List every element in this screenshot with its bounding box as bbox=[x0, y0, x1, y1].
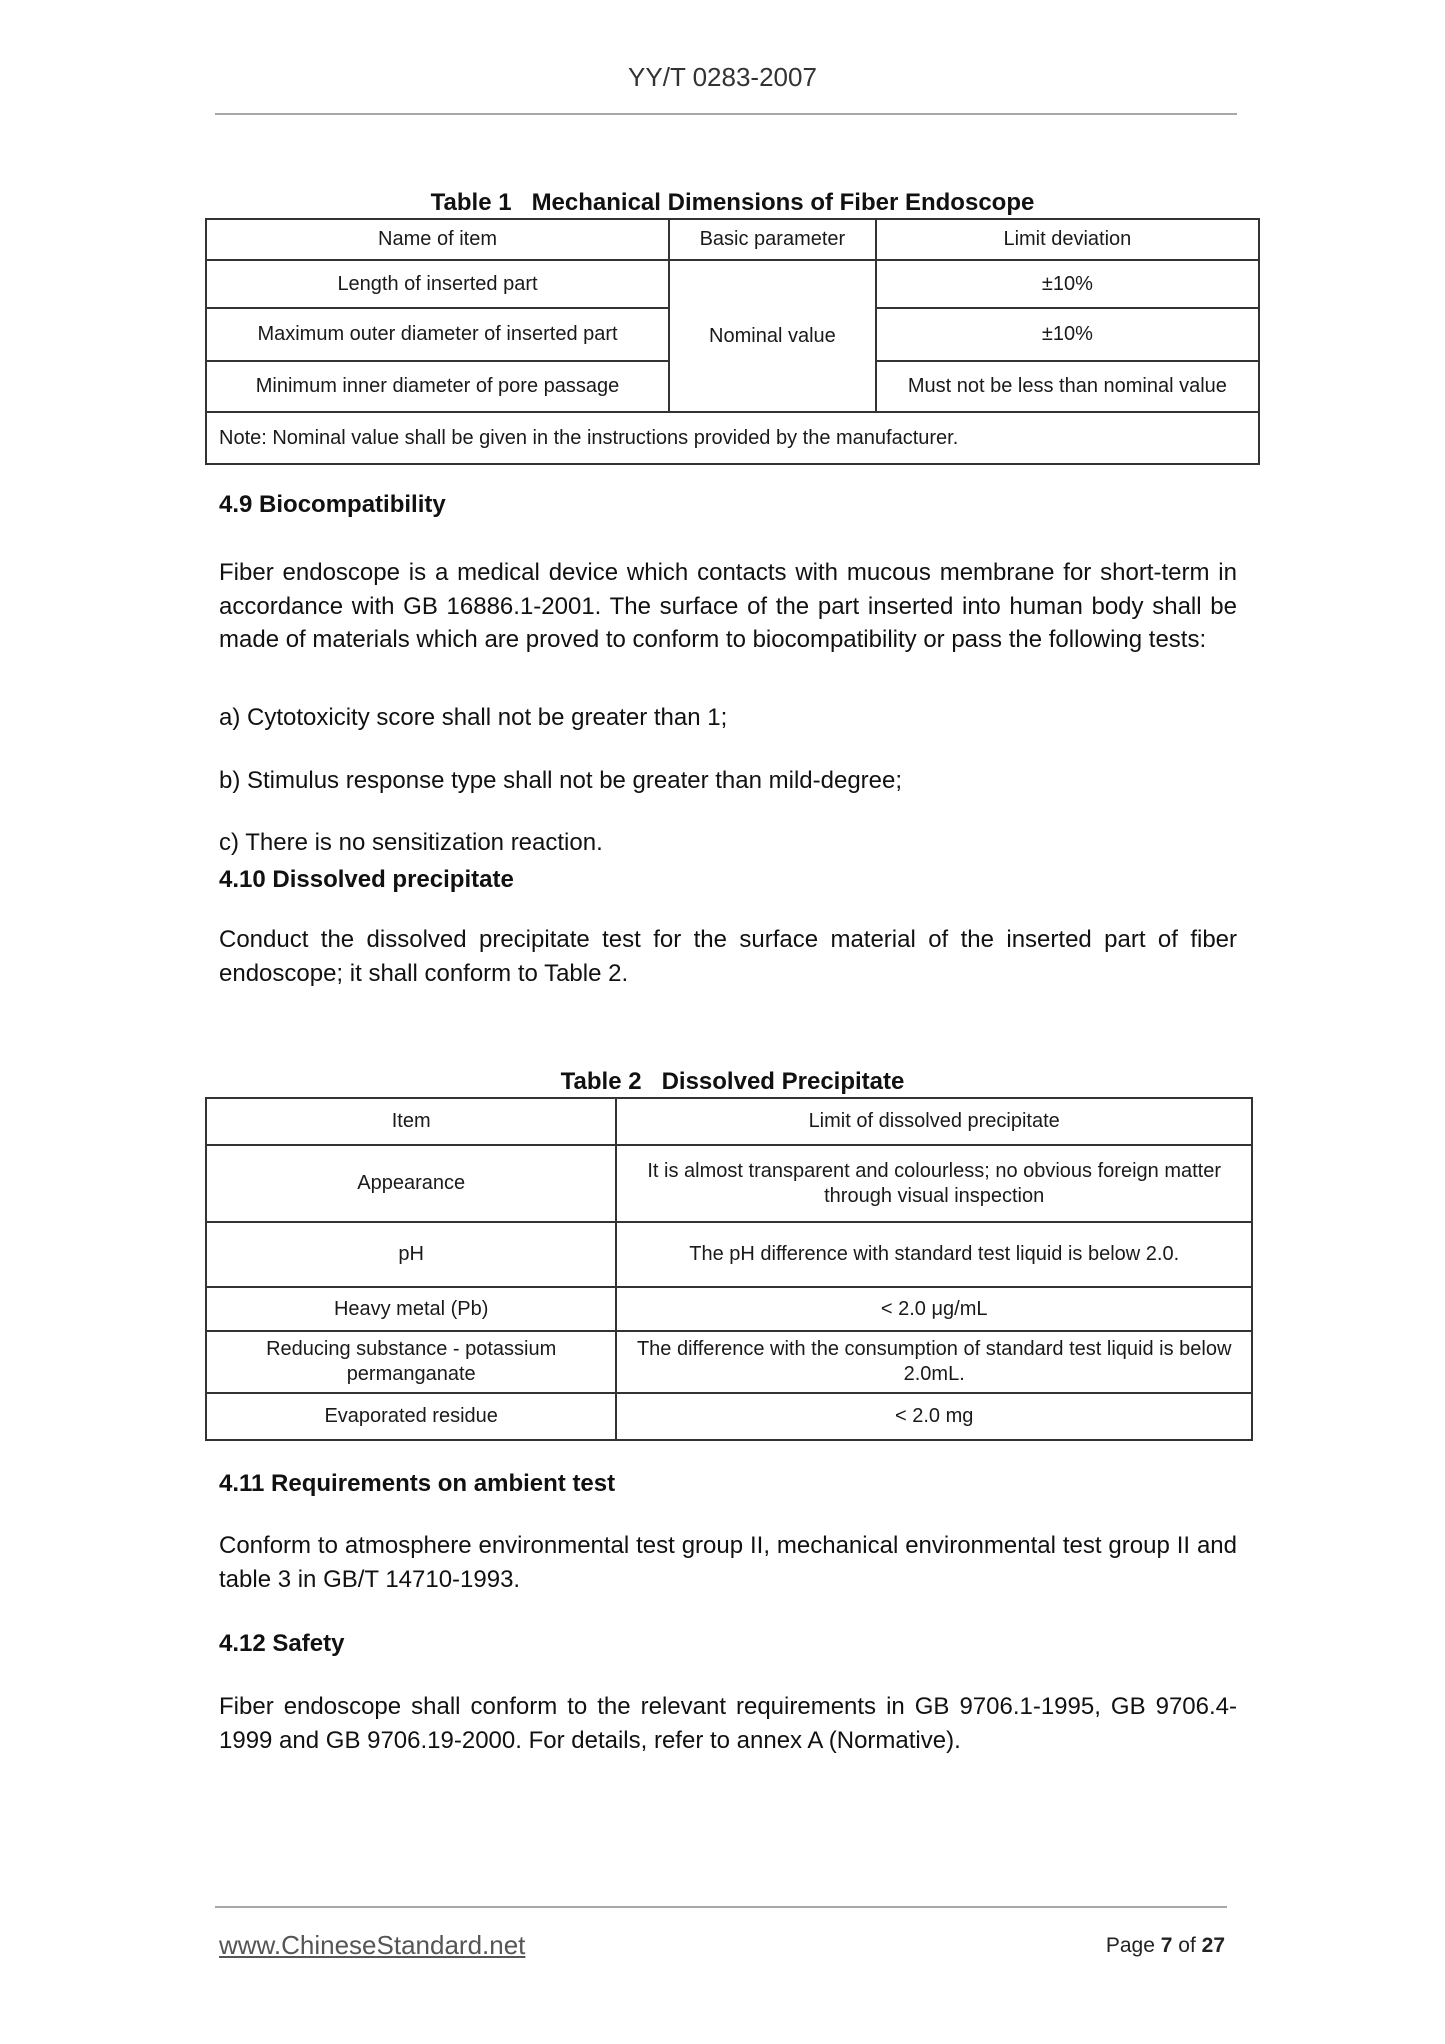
table1-item-cell: Minimum inner diameter of pore passage bbox=[206, 361, 669, 412]
requirement-item-c: c) There is no sensitization reaction. bbox=[219, 829, 603, 857]
page-indicator: Page 7 of 27 bbox=[1000, 1934, 1225, 1958]
table1-limit-cell: Must not be less than nominal value bbox=[876, 361, 1259, 412]
table1-basic-parameter-cell: Nominal value bbox=[669, 260, 876, 412]
section-4-11-paragraph: Conform to atmosphere environmental test… bbox=[219, 1529, 1237, 1596]
table2-limit-cell: < 2.0 mg bbox=[616, 1393, 1252, 1440]
table2-limit-cell: < 2.0 μg/mL bbox=[616, 1287, 1252, 1331]
requirement-item-b: b) Stimulus response type shall not be g… bbox=[219, 767, 902, 795]
table-row: pH The pH difference with standard test … bbox=[206, 1222, 1252, 1287]
table1-item-cell: Length of inserted part bbox=[206, 260, 669, 308]
table2-item-cell: pH bbox=[206, 1222, 616, 1287]
table-row: Appearance It is almost transparent and … bbox=[206, 1145, 1252, 1222]
table2-item-cell: Heavy metal (Pb) bbox=[206, 1287, 616, 1331]
section-4-10-paragraph: Conduct the dissolved precipitate test f… bbox=[219, 923, 1237, 990]
table1-col-header: Name of item bbox=[206, 219, 669, 260]
table2-header-row: Item Limit of dissolved precipitate bbox=[206, 1098, 1252, 1145]
table1-caption: Table 1 Mechanical Dimensions of Fiber E… bbox=[205, 189, 1260, 217]
table2-limit-cell: The pH difference with standard test liq… bbox=[616, 1222, 1252, 1287]
table2-col-header: Limit of dissolved precipitate bbox=[616, 1098, 1252, 1145]
table2-limit-cell: The difference with the consumption of s… bbox=[616, 1331, 1252, 1393]
section-4-12-heading: 4.12 Safety bbox=[219, 1630, 344, 1658]
table1-note: Note: Nominal value shall be given in th… bbox=[206, 412, 1259, 464]
document-code-header: YY/T 0283-2007 bbox=[0, 62, 1445, 93]
table2-item-cell: Evaporated residue bbox=[206, 1393, 616, 1440]
table-row: Reducing substance - potassium permangan… bbox=[206, 1331, 1252, 1393]
page-separator: of bbox=[1178, 1934, 1196, 1957]
table2-dissolved-precipitate: Item Limit of dissolved precipitate Appe… bbox=[205, 1097, 1253, 1441]
table1-note-row: Note: Nominal value shall be given in th… bbox=[206, 412, 1259, 464]
section-4-11-heading: 4.11 Requirements on ambient test bbox=[219, 1470, 615, 1498]
table1-col-header: Basic parameter bbox=[669, 219, 876, 260]
table-row: Evaporated residue < 2.0 mg bbox=[206, 1393, 1252, 1440]
section-4-10-heading: 4.10 Dissolved precipitate bbox=[219, 866, 514, 894]
table2-item-cell: Appearance bbox=[206, 1145, 616, 1222]
section-4-12-paragraph: Fiber endoscope shall conform to the rel… bbox=[219, 1690, 1237, 1757]
table1-header-row: Name of item Basic parameter Limit devia… bbox=[206, 219, 1259, 260]
requirement-item-a: a) Cytotoxicity score shall not be great… bbox=[219, 704, 727, 732]
table1-mechanical-dimensions: Name of item Basic parameter Limit devia… bbox=[205, 218, 1260, 465]
page-prefix: Page bbox=[1106, 1934, 1155, 1957]
table1-col-header: Limit deviation bbox=[876, 219, 1259, 260]
table2-limit-cell: It is almost transparent and colourless;… bbox=[616, 1145, 1252, 1222]
page-current: 7 bbox=[1161, 1934, 1173, 1957]
section-4-9-heading: 4.9 Biocompatibility bbox=[219, 491, 446, 519]
table1-item-cell: Maximum outer diameter of inserted part bbox=[206, 308, 669, 361]
table2-caption: Table 2 Dissolved Precipitate bbox=[205, 1068, 1260, 1096]
table1-limit-cell: ±10% bbox=[876, 260, 1259, 308]
section-4-9-paragraph: Fiber endoscope is a medical device whic… bbox=[219, 556, 1237, 657]
page-total: 27 bbox=[1202, 1934, 1225, 1957]
table-row: Length of inserted part Nominal value ±1… bbox=[206, 260, 1259, 308]
table2-col-header: Item bbox=[206, 1098, 616, 1145]
website-link[interactable]: www.ChineseStandard.net bbox=[219, 1930, 525, 1961]
table1-limit-cell: ±10% bbox=[876, 308, 1259, 361]
footer-rule bbox=[215, 1906, 1227, 1908]
header-rule bbox=[215, 113, 1237, 115]
table2-item-cell: Reducing substance - potassium permangan… bbox=[206, 1331, 616, 1393]
table-row: Heavy metal (Pb) < 2.0 μg/mL bbox=[206, 1287, 1252, 1331]
